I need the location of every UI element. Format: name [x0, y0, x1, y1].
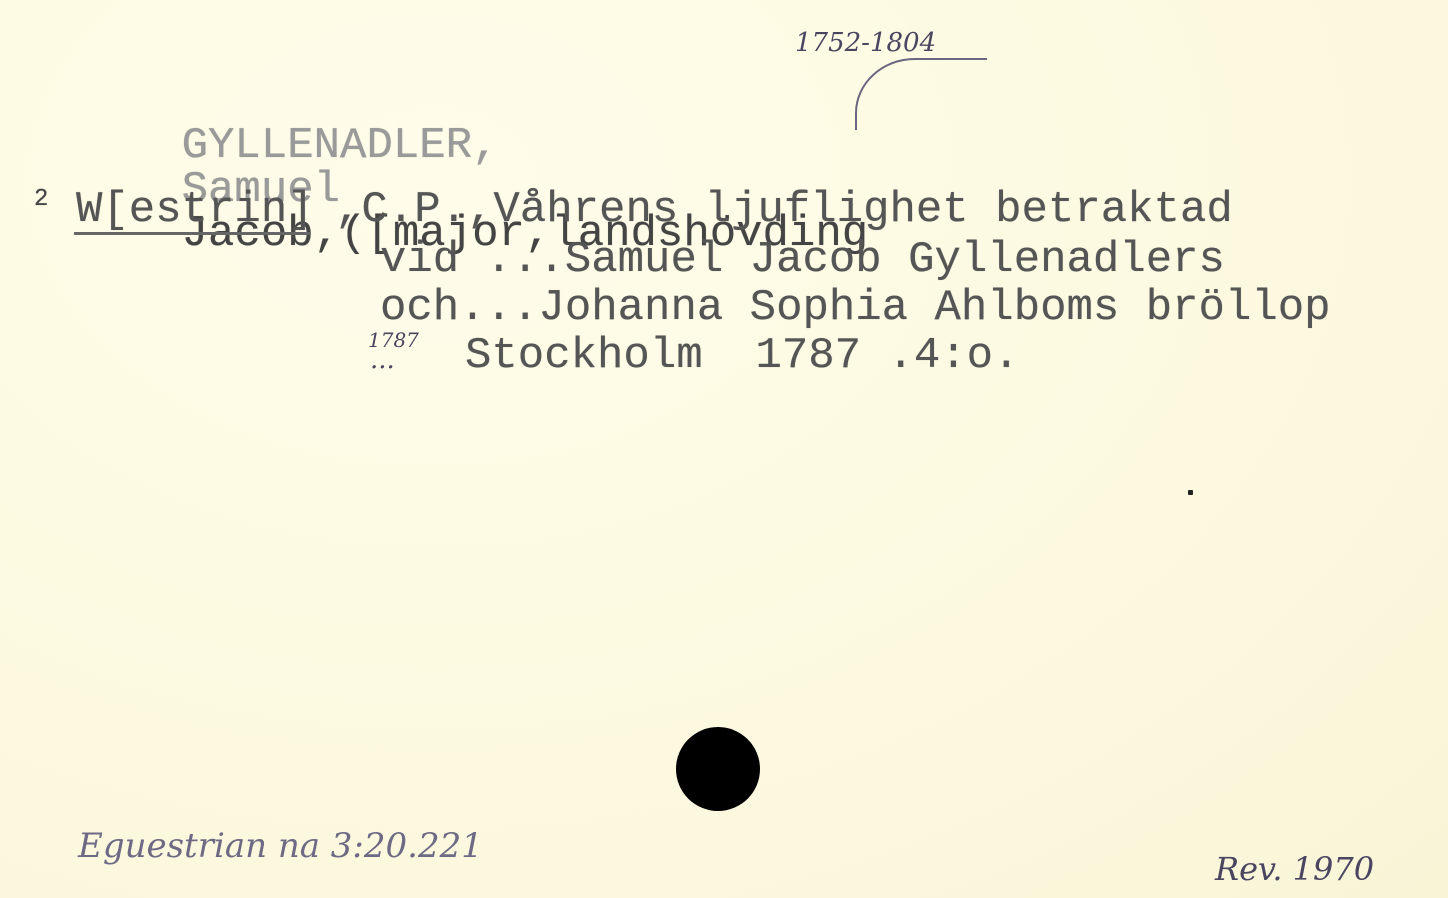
entry-line-1: ,C.P.,Våhrens ljuflighet betraktad	[335, 188, 1233, 232]
entry-line-4: Stockholm 1787 .4:o.	[465, 334, 1020, 378]
handwritten-revision-note: Rev. 1970	[1215, 850, 1374, 888]
ink-speck	[1188, 490, 1193, 495]
entry-line-2: vid ...Samuel Jacob Gyllenadlers	[380, 238, 1225, 282]
author-underline	[74, 232, 310, 235]
handwritten-year-dots: ...	[370, 345, 395, 375]
entry-line-3: och...Johanna Sophia Ahlboms bröllop	[380, 286, 1331, 330]
handwritten-life-dates: 1752-1804	[795, 28, 936, 58]
punch-hole	[676, 727, 760, 811]
entry-number: 2	[34, 188, 48, 212]
handwritten-shelfmark: Eguestrian na 3:20.221	[78, 826, 483, 866]
handwritten-bracket-curve	[855, 58, 987, 130]
catalog-card: GYLLENADLER, Samuel Jacob,([major,landsh…	[0, 0, 1448, 898]
entry-author: W[estrin]	[76, 188, 314, 232]
heading-surname: GYLLENADLER,	[182, 121, 499, 171]
